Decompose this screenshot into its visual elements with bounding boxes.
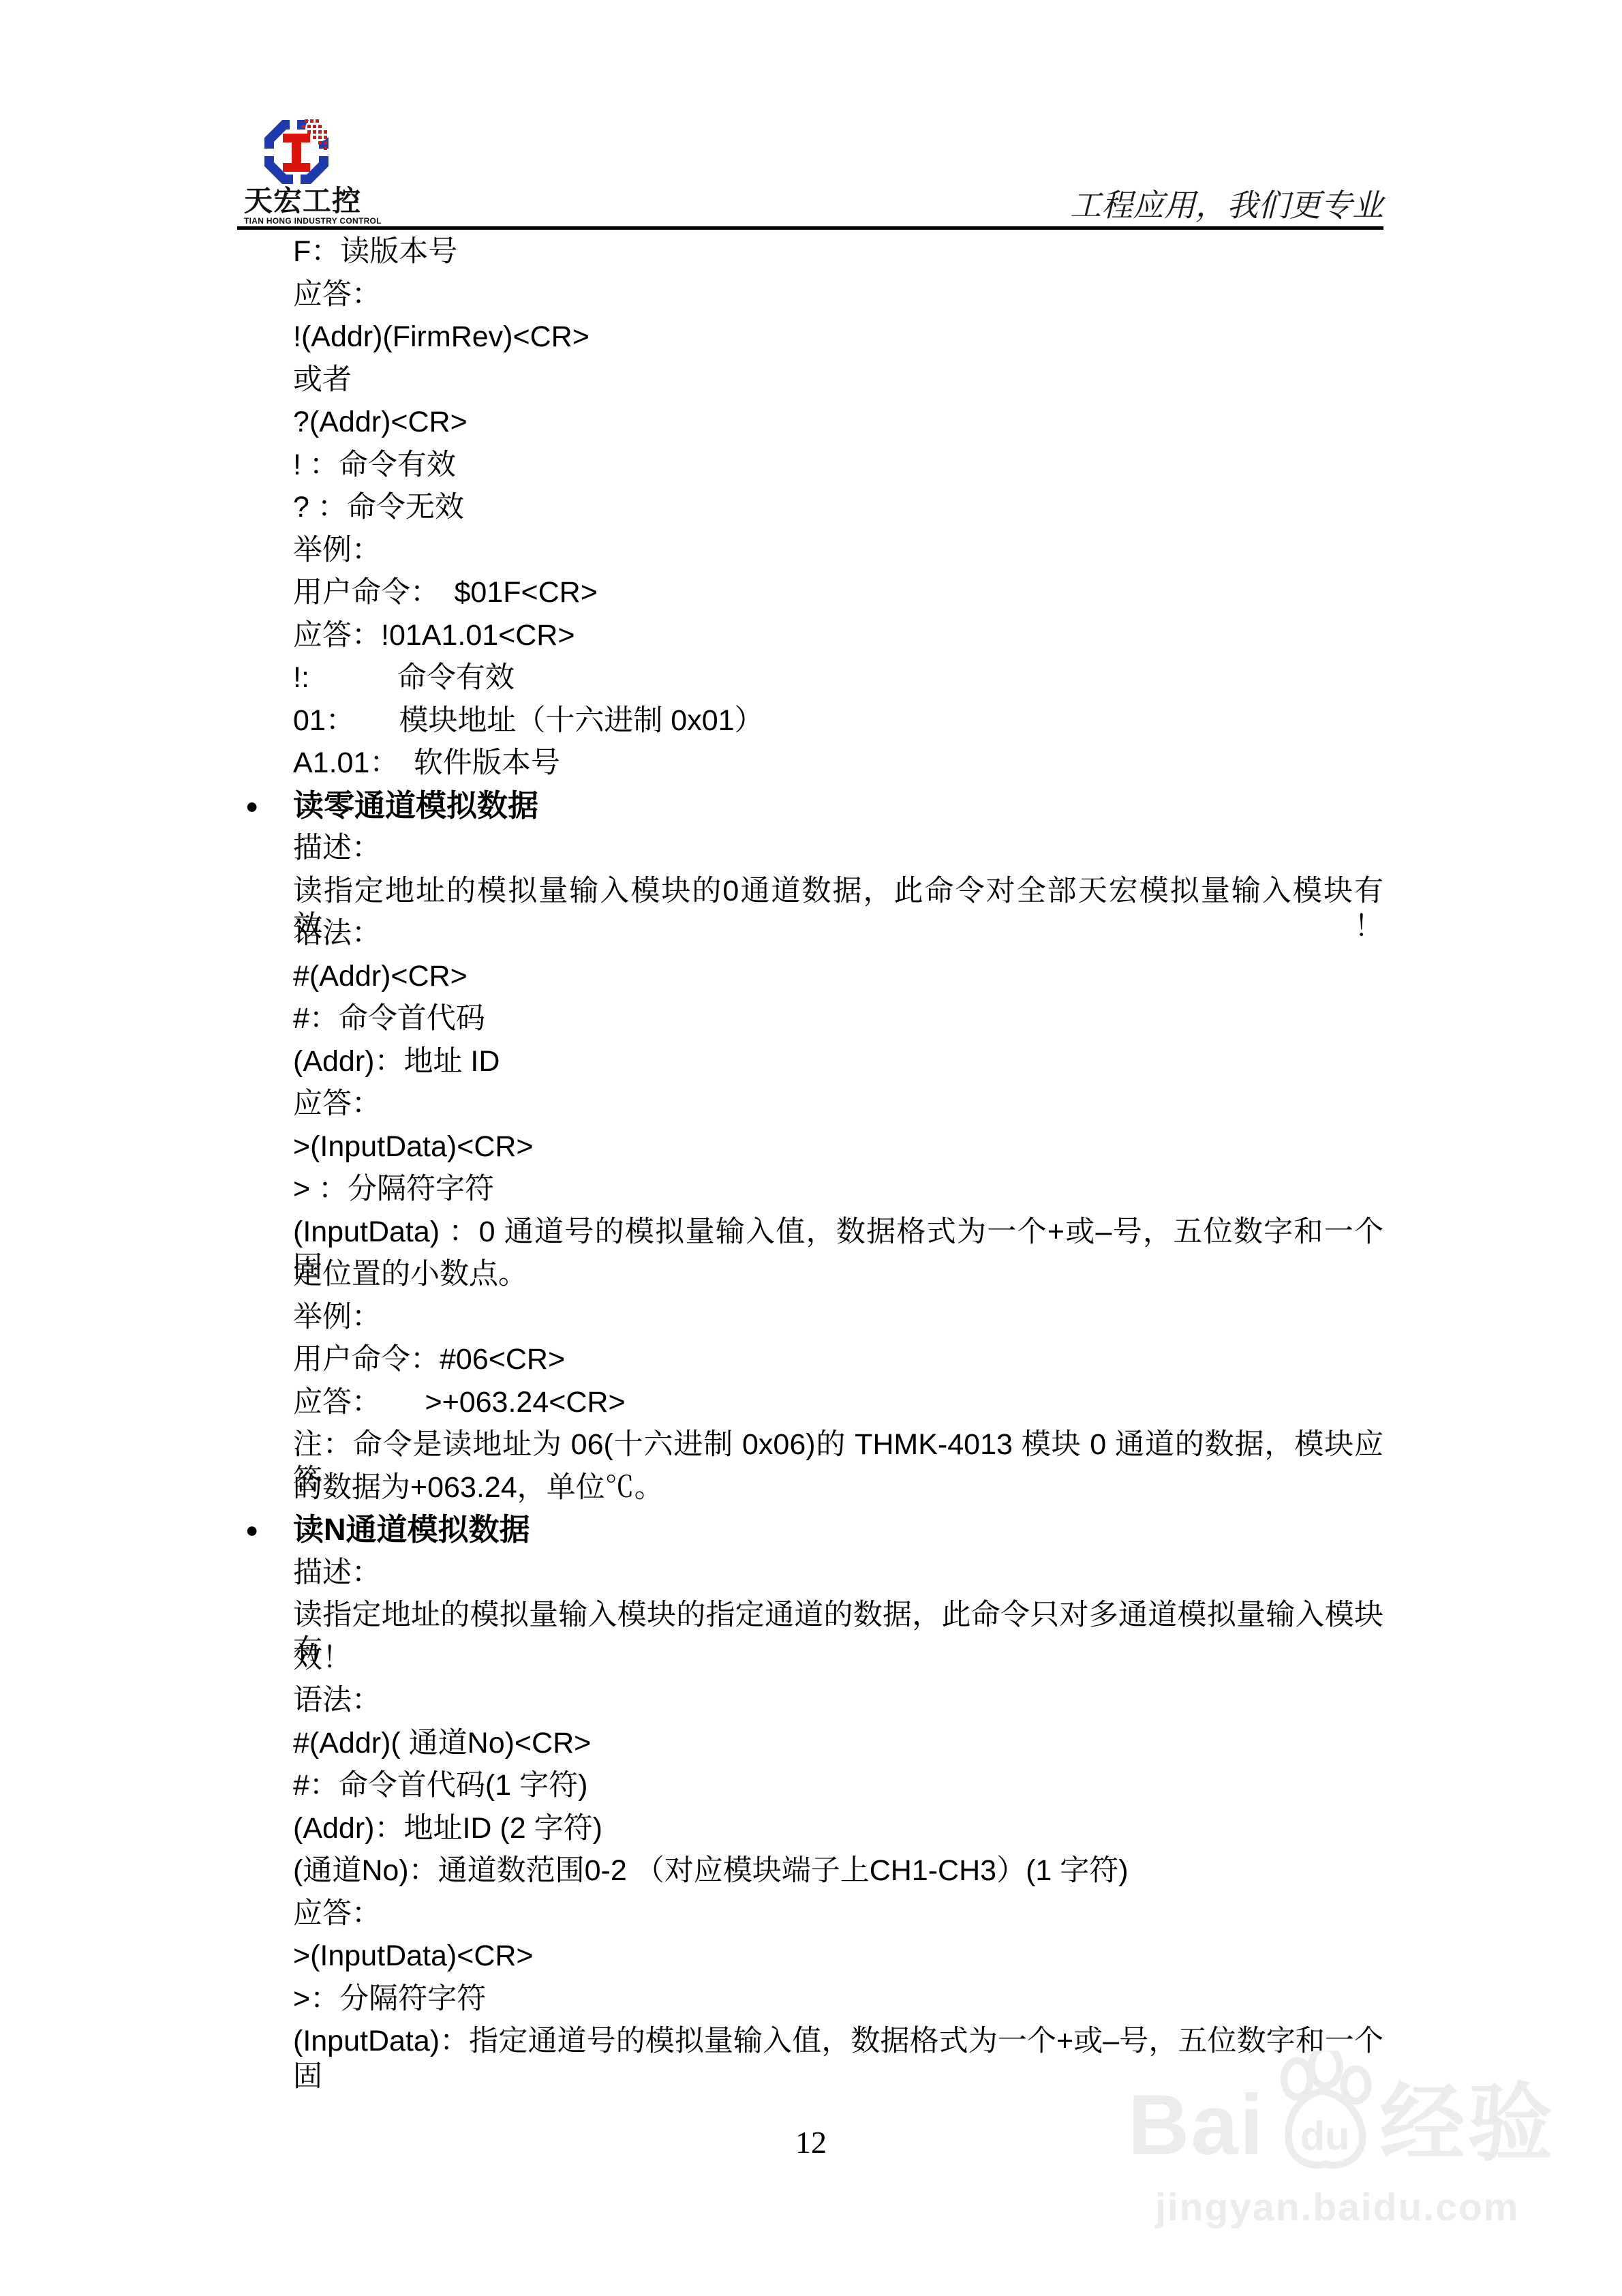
text-line: 应答：!01A1.01<CR> (293, 618, 575, 653)
section-heading: ●读N通道模拟数据 (293, 1512, 530, 1547)
text-line: > ：分隔符字符 (293, 1171, 494, 1207)
text-line: 读指定地址的模拟量输入模块的指定通道的数据，此命令只对多通道模拟量输入模块有 (293, 1597, 1383, 1668)
text-line: F：读版本号 (293, 234, 457, 269)
text-line: A1.01： 软件版本号 (293, 745, 560, 781)
text-line: 应答： (293, 277, 381, 312)
text-line: >(InputData)<CR> (293, 1938, 534, 1974)
text-line: #：命令首代码 (293, 1001, 485, 1036)
text-line: ! ：命令有效 (293, 447, 456, 483)
text-line: (Addr)：地址ID (2 字符) (293, 1811, 602, 1846)
text-line: 用户命令：#06<CR> (293, 1342, 565, 1377)
bullet-icon: ● (245, 791, 258, 820)
text-line: 的数据为+063.24，单位℃。 (293, 1470, 664, 1505)
text-line: 举例： (293, 532, 381, 568)
text-line: 应答： (293, 1086, 381, 1121)
text-line: !(Addr)(FirmRev)<CR> (293, 319, 590, 354)
text-line: 读指定地址的模拟量输入模块的0通道数据，此命令对全部天宏模拟量输入模块有效！ (293, 873, 1383, 944)
text-line: #(Addr)( 通道No)<CR> (293, 1725, 591, 1761)
text-line: #(Addr)<CR> (293, 958, 468, 994)
text-line: 举例： (293, 1299, 381, 1335)
text-line: 语法： (293, 1682, 381, 1718)
bullet-icon: ● (245, 1515, 258, 1544)
watermark-url: jingyan.baidu.com (1155, 2187, 1591, 2228)
text-line: 或者 (293, 362, 352, 397)
text-line: ?(Addr)<CR> (293, 404, 468, 440)
text-line: 描述： (293, 1555, 381, 1590)
text-line: #：命令首代码(1 字符) (293, 1768, 587, 1803)
text-line: 用户命令： $01F<CR> (293, 575, 598, 610)
text-line: ? ：命令无效 (293, 489, 464, 525)
text-line: >：分隔符字符 (293, 1981, 486, 2016)
text-line: 描述： (293, 830, 381, 866)
text-line: !: 命令有效 (293, 660, 515, 695)
document-page: 天宏工控 TIAN HONG INDUSTRY CONTROL 工程应用，我们更… (0, 0, 1622, 2296)
text-line: 效！ (293, 1640, 352, 1676)
page-number: 12 (0, 2126, 1622, 2160)
text-line: >(InputData)<CR> (293, 1129, 534, 1164)
text-line: 应答： >+063.24<CR> (293, 1385, 626, 1420)
text-line: (Addr)：地址 ID (293, 1044, 500, 1079)
section-heading-label: 读N通道模拟数据 (293, 1512, 530, 1547)
text-line: 01： 模块地址（十六进制 0x01） (293, 703, 764, 738)
section-heading-label: 读零通道模拟数据 (293, 788, 538, 823)
text-line: 应答： (293, 1896, 381, 1931)
text-line: (通道No)：通道数范围0-2 （对应模块端子上CH1-CH3）(1 字符) (293, 1853, 1129, 1888)
body-text: F：读版本号应答：!(Addr)(FirmRev)<CR>或者?(Addr)<C… (0, 0, 1622, 2296)
section-heading: ●读零通道模拟数据 (293, 788, 538, 824)
text-line: 定位置的小数点。 (293, 1256, 527, 1292)
text-line: 语法： (293, 916, 381, 951)
